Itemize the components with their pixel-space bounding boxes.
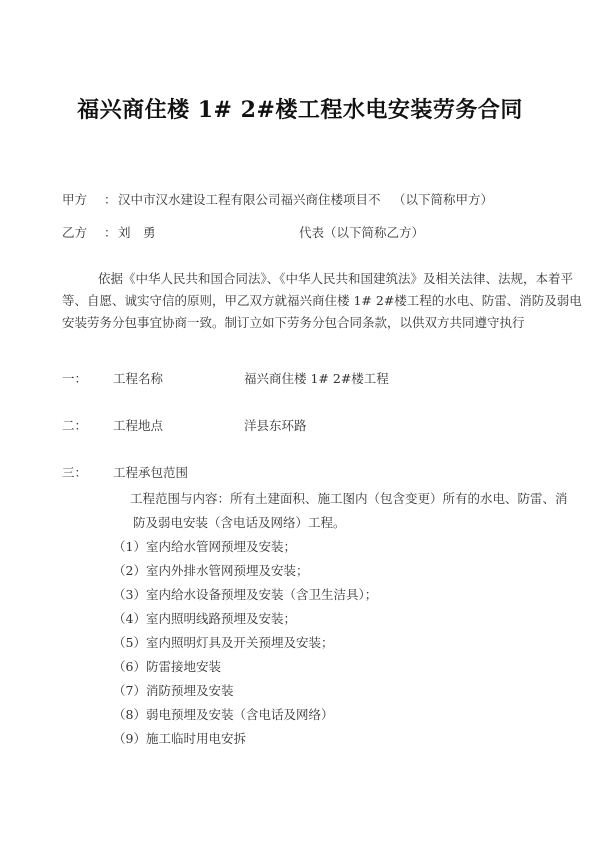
scope-item-2: （2）室内外排水管网预埋及安装；: [113, 561, 308, 579]
section-1-label: 工程名称: [113, 369, 163, 387]
scope-desc-line-2: 防及弱电安装（含电话及网络）工程。: [133, 513, 346, 531]
scope-desc-line-1: 工程范围与内容：所有土建面积、施工图内（包含变更）所有的水电、防雷、消: [130, 489, 568, 507]
section-2-label: 工程地点: [113, 416, 163, 434]
party-a-note: （以下简称甲方）: [393, 190, 493, 208]
party-b-label: 乙方: [62, 223, 87, 241]
section-2-value: 洋县东环路: [244, 416, 307, 434]
scope-item-3: （3）室内给水设备预埋及安装（含卫生洁具）；: [113, 585, 377, 603]
scope-item-1: （1）室内给水管网预埋及安装；: [113, 537, 296, 555]
party-a-value: 汉中市汉水建设工程有限公司福兴商住楼项目不: [118, 190, 381, 208]
section-3-number: 三：: [62, 463, 87, 481]
intro-line-3: 安装劳务分包事宜协商一致。制订立如下劳务分包合同条款，以供双方共同遵守执行: [62, 312, 525, 334]
scope-item-5: （5）室内照明灯具及开关预埋及安装；: [113, 633, 333, 651]
scope-item-6: （6）防雷接地安装: [113, 657, 221, 675]
scope-item-4: （4）室内照明线路预埋及安装；: [113, 609, 296, 627]
section-3-label: 工程承包范围: [113, 463, 188, 481]
intro-line-2: 等、自愿、诚实守信的原则，甲乙双方就福兴商住楼 1# 2#楼工程的水电、防雷、消…: [62, 290, 582, 312]
section-2-number: 二：: [62, 416, 87, 434]
section-1-number: 一：: [62, 369, 87, 387]
section-1-value: 福兴商住楼 1# 2#楼工程: [244, 369, 389, 387]
intro-line-1: 依据《中华人民共和国合同法》、《中华人民共和国建筑法》及相关法律、法规，本着平: [98, 268, 573, 290]
party-b-value: 刘 勇: [118, 223, 156, 241]
party-b-colon: ：: [104, 223, 117, 241]
party-a-label: 甲方: [62, 190, 87, 208]
scope-item-9: （9）施工临时用电安拆: [113, 729, 246, 747]
document-title: 福兴商住楼 1# 2#楼工程水电安装劳务合同: [0, 93, 600, 124]
party-b-note: 代表（以下简称乙方）: [299, 223, 424, 241]
scope-item-8: （8）弱电预埋及安装（含电话及网络）: [113, 705, 333, 723]
scope-item-7: （7）消防预埋及安装: [113, 681, 233, 699]
party-a-colon: ：: [104, 190, 117, 208]
